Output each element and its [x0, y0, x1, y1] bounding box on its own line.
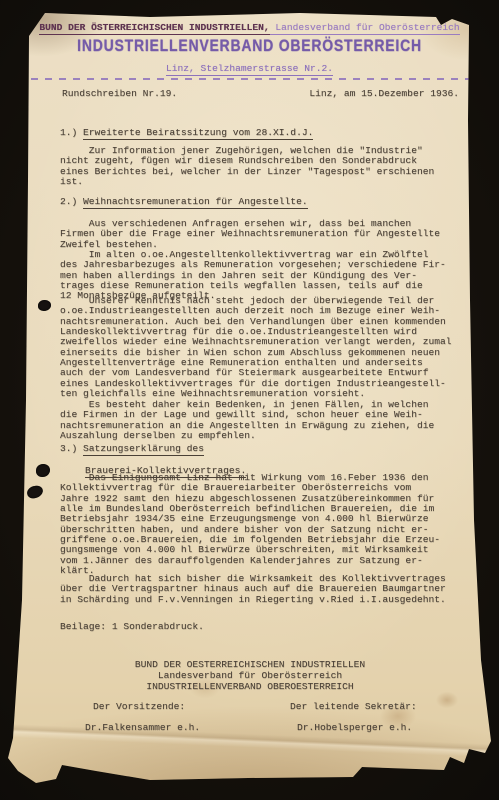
- circular-number: Rundschreiben Nr.19.: [62, 88, 177, 99]
- section-3-title: Satzungserklärung des: [83, 443, 204, 456]
- section-3-paragraph: Das Einigungsamt Linz hat mit Wirkung vo…: [60, 473, 440, 576]
- punch-hole-icon: [26, 484, 45, 500]
- section-1-heading: 1.) Erweiterte Beiratssitzung vom 28.XI.…: [60, 128, 313, 139]
- enclosure-note: Beilage: 1 Sonderabdruck.: [60, 622, 204, 632]
- left-signature: Dr.Falkensammer e.h.: [85, 722, 200, 733]
- section-2-paragraph: Es besteht daher kein Bedenken, in jenen…: [60, 400, 434, 441]
- section-3-paragraph: Dadurch hat sich bisher die Wirksamkeit …: [60, 574, 446, 605]
- letterhead-org-secondary: Landesverband für Oberösterreich: [270, 22, 460, 35]
- section-1-paragraph: Zur Information jener Zugehörigen, welch…: [60, 146, 434, 187]
- section-3-number: 3.): [60, 443, 77, 454]
- punch-hole-icon: [38, 300, 51, 311]
- dateline: Linz, am 15.Dezember 1936.: [309, 88, 459, 99]
- dashed-divider: [31, 78, 471, 80]
- section-2-paragraph: Im alten o.oe.Angestelltenkollektivvertr…: [60, 250, 446, 302]
- letterhead-address-text: Linz, Stelzhamerstrasse Nr.2.: [166, 63, 333, 76]
- closing-org-block: BUND DER OESTERREICHISCHEN INDUSTRIELLEN…: [55, 660, 445, 692]
- letterhead-address: Linz, Stelzhamerstrasse Nr.2.: [0, 63, 499, 74]
- section-2-title: Weihnachtsremuneration für Angestellte.: [83, 196, 308, 209]
- section-1-number: 1.): [60, 127, 77, 138]
- section-2-paragraph: Aus verschiedenen Anfragen ersehen wir, …: [60, 219, 440, 250]
- punch-hole-icon: [36, 464, 50, 477]
- section-2-heading: 2.) Weihnachtsremuneration für Angestell…: [60, 197, 308, 208]
- org-stamp: INDUSTRIELLENVERBAND OBERÖSTERREICH: [45, 36, 454, 56]
- fold-crease: [6, 712, 495, 766]
- section-1-title: Erweiterte Beiratssitzung vom 28.XI.d.J.: [83, 127, 313, 140]
- document-page: BUND DER ÖSTERREICHISCHEN INDUSTRIELLEN,…: [0, 0, 499, 800]
- letterhead-org-primary: BUND DER ÖSTERREICHISCHEN INDUSTRIELLEN,: [39, 22, 269, 35]
- section-2-paragraph: Unserer Kenntnis nach steht jedoch der ü…: [60, 296, 452, 399]
- right-signature: Dr.Hobelsperger e.h.: [297, 722, 412, 733]
- photo-backdrop: BUND DER ÖSTERREICHISCHEN INDUSTRIELLEN,…: [0, 0, 499, 800]
- section-2-number: 2.): [60, 196, 77, 207]
- right-role-label: Der leitende Sekretär:: [290, 701, 417, 712]
- letterhead-org-line: BUND DER ÖSTERREICHISCHEN INDUSTRIELLEN,…: [30, 22, 469, 33]
- left-role-label: Der Vorsitzende:: [93, 701, 185, 712]
